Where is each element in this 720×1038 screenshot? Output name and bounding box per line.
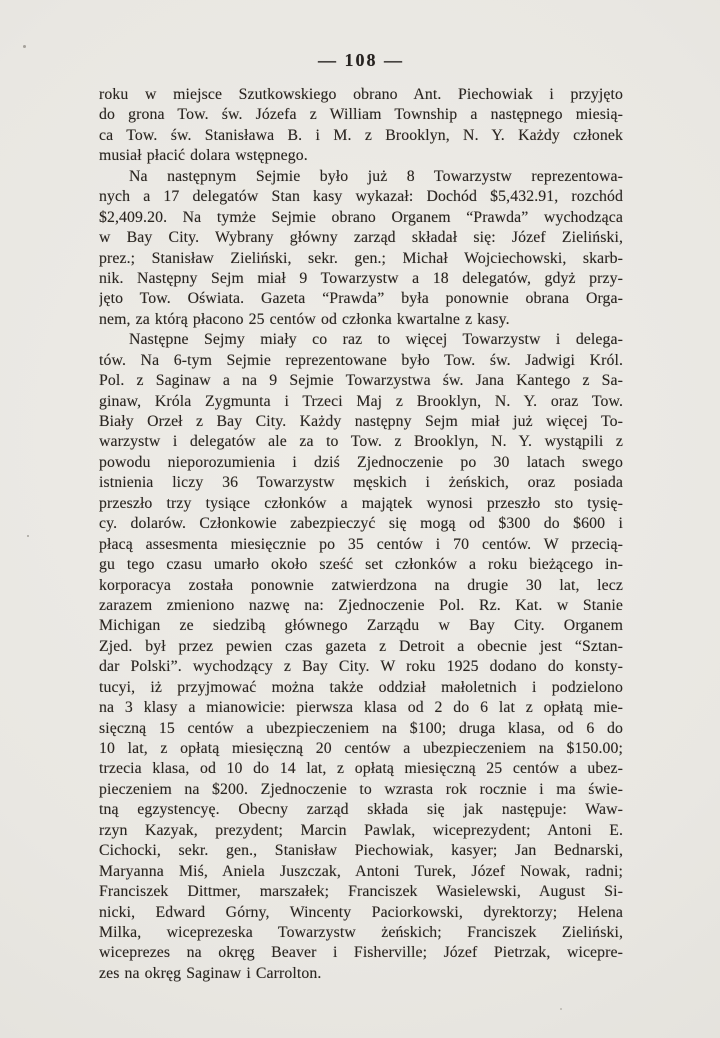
body-text: roku w miejsce Szutkowskiego obrano Ant.… [99, 85, 623, 984]
text-line: 10 lat, z opłatą miesięczną 20 centów a … [99, 739, 623, 759]
text-line: Pol. z Saginaw a na 9 Sejmie Towarzystwa… [99, 371, 623, 391]
page-number: — 108 — [99, 50, 623, 71]
text-line: pieczeniem na $200. Zjednoczenie to wzra… [99, 780, 623, 800]
text-line: Cichocki, sekr. gen., Stanisław Piechowi… [99, 841, 623, 861]
scanned-page: — 108 — roku w miejsce Szutkowskiego obr… [0, 0, 720, 1038]
text-line: korporacya została ponownie zatwierdzona… [99, 576, 623, 596]
paragraph: Następne Sejmy miały co raz to więcej To… [99, 330, 623, 984]
text-line: wiceprezes na okręg Beaver i Fisherville… [99, 943, 623, 963]
text-line: sięczną 15 centów a ubezpieczeniem na $1… [99, 719, 623, 739]
text-line: Maryanna Miś, Aniela Juszczak, Antoni Tu… [99, 862, 623, 882]
text-line: jęto Tow. Oświata. Gazeta “Prawda” była … [99, 289, 623, 309]
text-line: prez.; Stanisław Zieliński, sekr. gen.; … [99, 249, 623, 269]
text-line: nik. Następny Sejm miał 9 Towarzystw a 1… [99, 269, 623, 289]
text-line: warzystw i delegatów ale za to Tow. z Br… [99, 432, 623, 452]
text-line: tucyi, iż przyjmować można także oddział… [99, 678, 623, 698]
text-line: tów. Na 6-tym Sejmie reprezentowane było… [99, 351, 623, 371]
text-line: Na następnym Sejmie było już 8 Towarzyst… [99, 167, 623, 187]
text-line: nem, za którą płacono 25 centów od człon… [99, 310, 623, 330]
text-line: roku w miejsce Szutkowskiego obrano Ant.… [99, 85, 623, 105]
text-line: $2,409.20. Na tymże Sejmie obrano Organe… [99, 208, 623, 228]
text-line: trzecia klasa, od 10 do 14 lat, z opłatą… [99, 759, 623, 779]
paper-speck [23, 45, 26, 48]
text-line: cy. dolarów. Członkowie zabezpieczyć się… [99, 514, 623, 534]
text-line: dar Polski”. wychodzący z Bay City. W ro… [99, 657, 623, 677]
paper-speck [27, 535, 29, 537]
text-line: do grona Tow. św. Józefa z William Towns… [99, 105, 623, 125]
text-line: zes na okręg Saginaw i Carrolton. [99, 964, 623, 984]
text-line: płacą assesmenta miesięcznie po 35 centó… [99, 535, 623, 555]
text-line: przeszło trzy tysiące członków a majątek… [99, 494, 623, 514]
text-line: tną egzystencyę. Obecny zarząd składa si… [99, 800, 623, 820]
text-line: Biały Orzeł z Bay City. Każdy następny S… [99, 412, 623, 432]
text-line: nych a 17 delegatów Stan kasy wykazał: D… [99, 187, 623, 207]
text-line: Michigan ze siedzibą głównego Zarządu w … [99, 616, 623, 636]
text-line: powodu nieporozumienia i dziś Zjednoczen… [99, 453, 623, 473]
text-line: ginaw, Króla Zygmunta i Trzeci Maj z Bro… [99, 392, 623, 412]
paragraph: roku w miejsce Szutkowskiego obrano Ant.… [99, 85, 623, 167]
text-line: Zjed. był przez pewien czas gazeta z Det… [99, 637, 623, 657]
text-line: zarazem zmieniono nazwę na: Zjednoczenie… [99, 596, 623, 616]
text-line: gu tego czasu umarło około sześć set czł… [99, 555, 623, 575]
text-line: ca Tow. św. Stanisława B. i M. z Brookly… [99, 126, 623, 146]
text-line: nicki, Edward Górny, Wincenty Paciorkows… [99, 903, 623, 923]
text-line: Franciszek Dittmer, marszałek; Francisze… [99, 882, 623, 902]
text-line: musiał płacić dolara wstępnego. [99, 146, 623, 166]
text-line: na 3 klasy a mianowicie: pierwsza klasa … [99, 698, 623, 718]
text-line: Następne Sejmy miały co raz to więcej To… [99, 330, 623, 350]
text-line: Milka, wiceprezeska Towarzystw żeńskich;… [99, 923, 623, 943]
text-line: rzyn Kazyak, prezydent; Marcin Pawlak, w… [99, 821, 623, 841]
text-line: w Bay City. Wybrany główny zarząd składa… [99, 228, 623, 248]
paragraph: Na następnym Sejmie było już 8 Towarzyst… [99, 167, 623, 331]
paper-speck [560, 1008, 562, 1010]
text-line: istnienia liczy 36 Towarzystw męskich i … [99, 473, 623, 493]
